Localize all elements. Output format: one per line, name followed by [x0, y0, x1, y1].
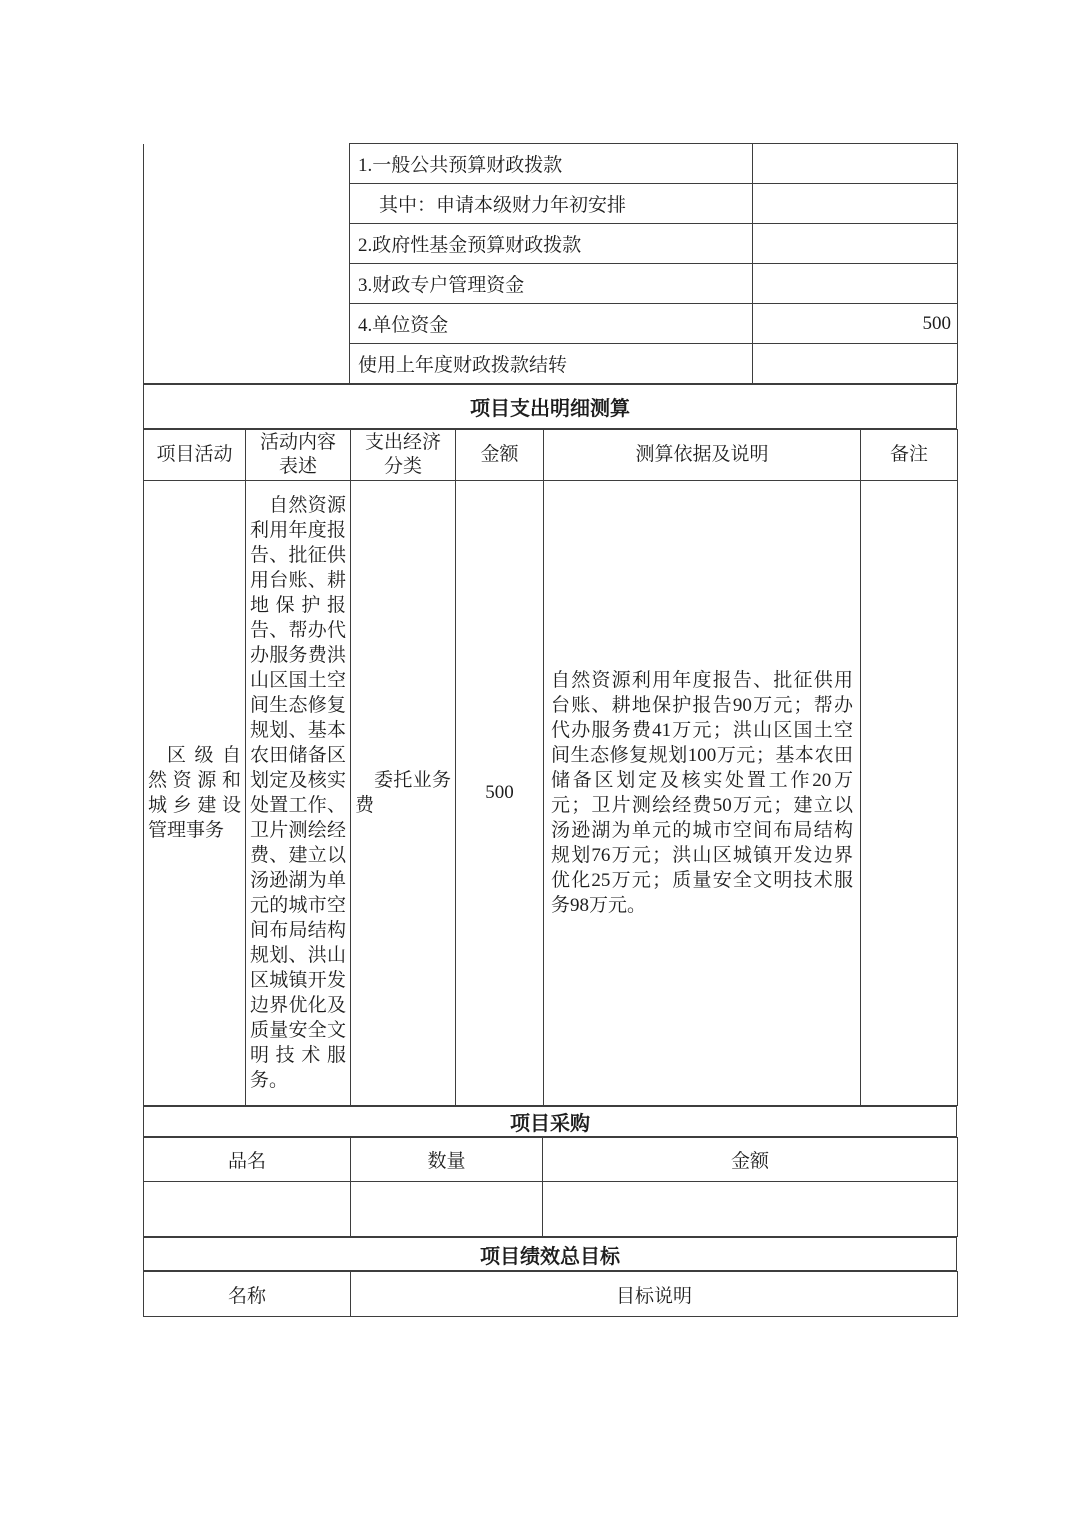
- funding-value-unit-funds: 500: [753, 304, 958, 344]
- funding-value-carryover-prior-year: [753, 344, 958, 384]
- funding-table: 1.一般公共预算财政拨款 其中：申请本级财力年初安排 2.政府性基金预算财政拨款…: [143, 143, 958, 384]
- procurement-cell-quantity: [351, 1182, 543, 1237]
- document-page: 1.一般公共预算财政拨款 其中：申请本级财力年初安排 2.政府性基金预算财政拨款…: [0, 0, 1075, 1520]
- funding-left-empty-cell: [144, 144, 350, 384]
- detail-table: 项目活动 活动内容表述 支出经济分类 金额 测算依据及说明 备注 区级自然资源和…: [143, 429, 958, 1106]
- procurement-table: 品名 数量 金额: [143, 1137, 958, 1237]
- detail-header-expense-category: 支出经济分类: [351, 430, 456, 481]
- procurement-cell-amount: [543, 1182, 958, 1237]
- detail-cell-activity: 区级自然资源和城乡建设管理事务: [144, 481, 246, 1106]
- performance-header-row: 名称 目标说明: [144, 1272, 958, 1317]
- procurement-title-bar: 项目采购: [143, 1106, 957, 1137]
- detail-header-amount: 金额: [456, 430, 544, 481]
- performance-header-name: 名称: [144, 1272, 351, 1317]
- funding-label-fiscal-special-account: 3.财政专户管理资金: [350, 264, 753, 304]
- funding-value-general-public-budget: [753, 144, 958, 184]
- detail-title-bar: 项目支出明细测算: [143, 384, 957, 429]
- detail-cell-note: [861, 481, 958, 1106]
- procurement-header-quantity: 数量: [351, 1138, 543, 1182]
- detail-header-row: 项目活动 活动内容表述 支出经济分类 金额 测算依据及说明 备注: [144, 430, 958, 481]
- detail-cell-amount: 500: [456, 481, 544, 1106]
- procurement-data-row: [144, 1182, 958, 1237]
- detail-header-basis: 测算依据及说明: [544, 430, 861, 481]
- detail-cell-basis: 自然资源利用年度报告、批征供用台账、耕地保护报告90万元；帮办代办服务费41万元…: [544, 481, 861, 1106]
- funding-label-government-fund-budget: 2.政府性基金预算财政拨款: [350, 224, 753, 264]
- detail-cell-expense-category: 委托业务费: [351, 481, 456, 1106]
- procurement-header-amount: 金额: [543, 1138, 958, 1182]
- funding-label-general-public-budget: 1.一般公共预算财政拨款: [350, 144, 753, 184]
- funding-label-local-initial-arrangement: 其中：申请本级财力年初安排: [350, 184, 753, 224]
- detail-data-row: 区级自然资源和城乡建设管理事务 自然资源利用年度报告、批征供用台账、耕地保护报告…: [144, 481, 958, 1106]
- detail-section-title: 项目支出明细测算: [144, 385, 957, 429]
- funding-value-local-initial-arrangement: [753, 184, 958, 224]
- detail-header-activity: 项目活动: [144, 430, 246, 481]
- performance-title-bar: 项目绩效总目标: [143, 1237, 957, 1271]
- funding-value-government-fund-budget: [753, 224, 958, 264]
- funding-value-fiscal-special-account: [753, 264, 958, 304]
- procurement-header-item-name: 品名: [144, 1138, 351, 1182]
- procurement-section-title: 项目采购: [144, 1107, 957, 1137]
- performance-section-title: 项目绩效总目标: [144, 1238, 957, 1271]
- funding-label-carryover-prior-year: 使用上年度财政拨款结转: [350, 344, 753, 384]
- performance-table: 名称 目标说明: [143, 1271, 958, 1317]
- funding-row: 1.一般公共预算财政拨款: [144, 144, 958, 184]
- funding-label-unit-funds: 4.单位资金: [350, 304, 753, 344]
- budget-table: 1.一般公共预算财政拨款 其中：申请本级财力年初安排 2.政府性基金预算财政拨款…: [143, 143, 957, 1317]
- procurement-header-row: 品名 数量 金额: [144, 1138, 958, 1182]
- detail-cell-content: 自然资源利用年度报告、批征供用台账、耕地保护报告、帮办代办服务费洪山区国土空间生…: [246, 481, 351, 1106]
- detail-header-note: 备注: [861, 430, 958, 481]
- procurement-cell-item-name: [144, 1182, 351, 1237]
- detail-header-content: 活动内容表述: [246, 430, 351, 481]
- performance-header-goal-description: 目标说明: [351, 1272, 958, 1317]
